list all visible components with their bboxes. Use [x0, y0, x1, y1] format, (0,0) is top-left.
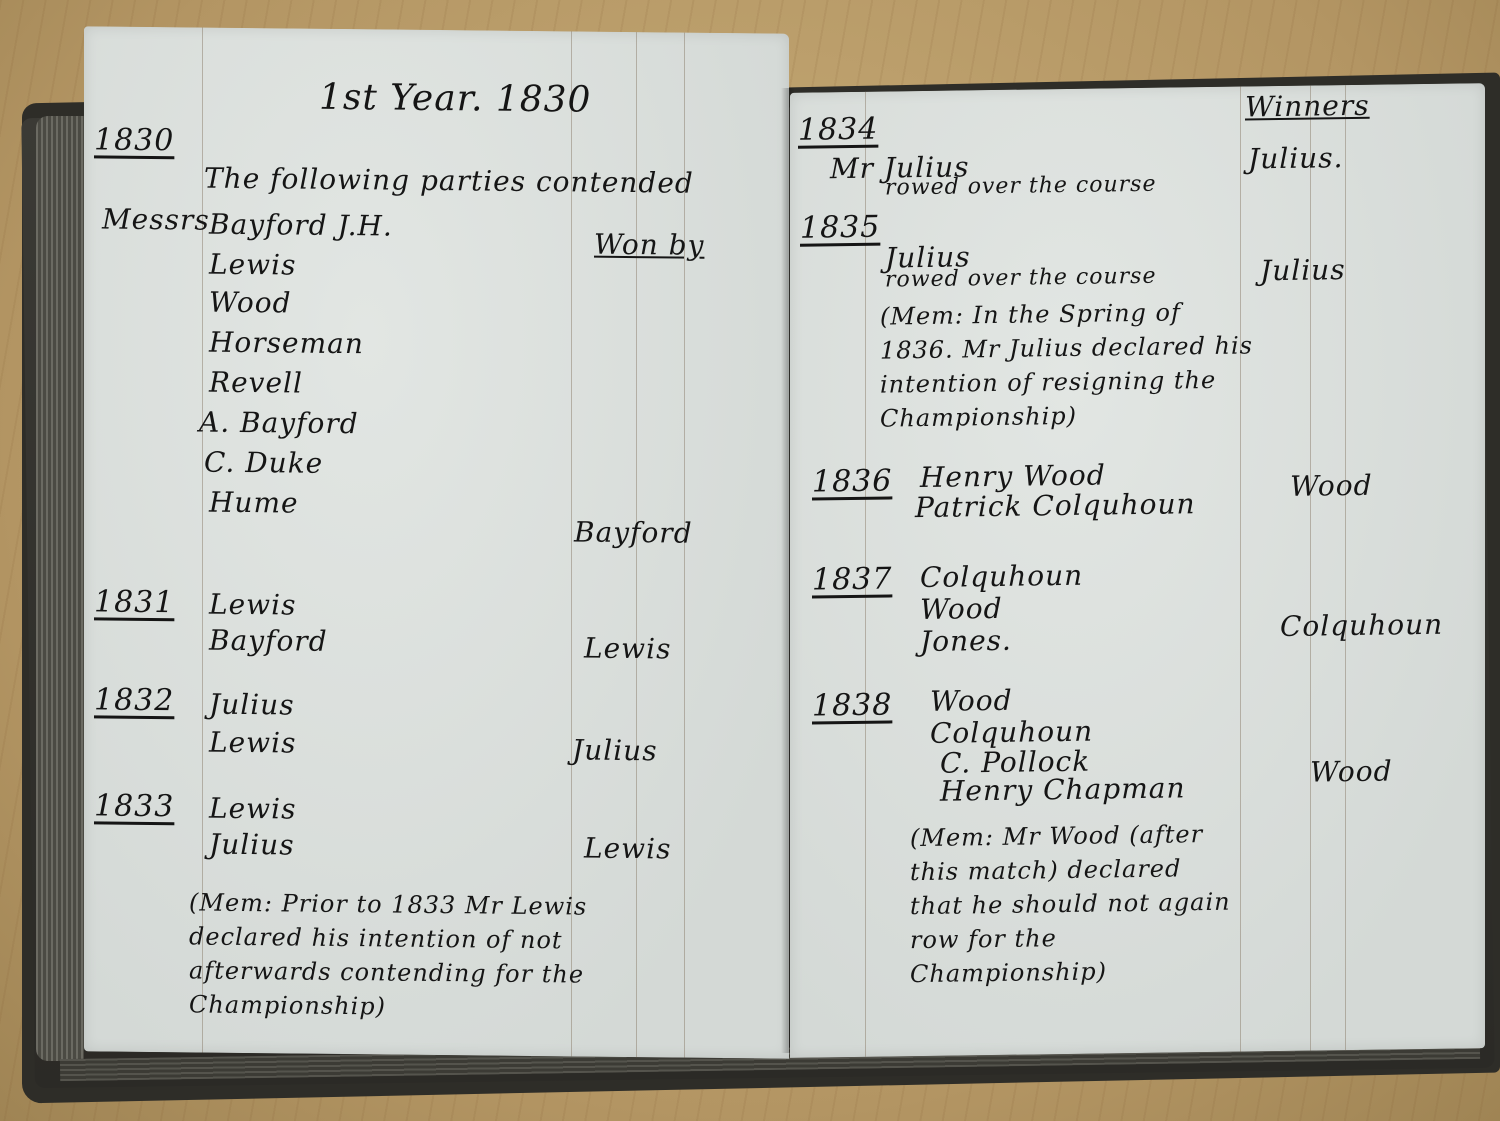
- year-label: 1835: [800, 210, 880, 246]
- memo-note: (Mem: In the Spring of 1836. Mr Julius d…: [880, 294, 1260, 435]
- intro-text: The following parties contended: [204, 162, 694, 200]
- year-label: 1833: [94, 788, 174, 824]
- contestant: Lewis: [209, 248, 296, 282]
- right-page: Winners 1834 Mr Julius rowed over the co…: [790, 83, 1485, 1058]
- left-page: 1st Year. 1830 1830 The following partie…: [84, 26, 789, 1058]
- winner: Colquhoun: [1280, 608, 1443, 643]
- winner: Lewis: [584, 832, 671, 866]
- column-rule: [1240, 87, 1241, 1052]
- memo-note: (Mem: Prior to 1833 Mr Lewis declared hi…: [189, 885, 609, 1025]
- year-label: 1831: [94, 584, 174, 620]
- winner: Wood: [1290, 469, 1373, 503]
- winners-header: Winners: [1245, 89, 1370, 124]
- year-label: 1832: [94, 682, 174, 718]
- contestant: Patrick Colquhoun: [915, 487, 1196, 524]
- entry-note: rowed over the course: [885, 264, 1156, 293]
- contestant: Hume: [209, 486, 299, 520]
- won-by-header: Won by: [594, 228, 704, 262]
- winner: Julius: [1260, 253, 1346, 287]
- contestant: Revell: [209, 366, 303, 400]
- contestant: Julius: [209, 828, 295, 862]
- column-rule: [1345, 85, 1346, 1050]
- contestant: Wood: [920, 592, 1003, 626]
- contestant: Jones.: [920, 624, 1012, 658]
- contestant: Wood: [209, 286, 292, 320]
- entry-note: rowed over the course: [885, 172, 1156, 201]
- contestant: Bayford J.H.: [209, 208, 393, 243]
- messrs-prefix: Messrs: [102, 202, 210, 236]
- contestant: Henry Chapman: [940, 771, 1185, 807]
- contestant: Lewis: [209, 792, 296, 826]
- winner: Bayford: [574, 515, 693, 549]
- contestant: Lewis: [209, 726, 296, 760]
- year-label: 1836: [812, 463, 892, 499]
- contestant: Lewis: [209, 588, 296, 622]
- winner: Wood: [1310, 754, 1393, 788]
- contestant: Colquhoun: [920, 559, 1083, 594]
- memo-note: (Mem: Mr Wood (after this match) declare…: [910, 817, 1240, 992]
- year-label: 1837: [812, 561, 892, 597]
- winner: Julius.: [1248, 141, 1343, 175]
- page-edges: [36, 116, 84, 1061]
- winner: Julius: [572, 733, 658, 767]
- year-label: 1834: [798, 112, 878, 148]
- column-rule: [1310, 86, 1311, 1051]
- page-title: 1st Year. 1830: [319, 77, 591, 121]
- contestant: Horseman: [209, 326, 364, 361]
- contestant: Julius: [209, 688, 295, 722]
- year-label: 1838: [812, 687, 892, 723]
- winner: Lewis: [584, 632, 671, 666]
- contestant: A. Bayford: [199, 406, 359, 441]
- contestant: Bayford: [209, 624, 328, 658]
- contestant: Wood: [930, 684, 1013, 718]
- year-label: 1830: [94, 122, 174, 158]
- contestant: C. Duke: [204, 446, 323, 480]
